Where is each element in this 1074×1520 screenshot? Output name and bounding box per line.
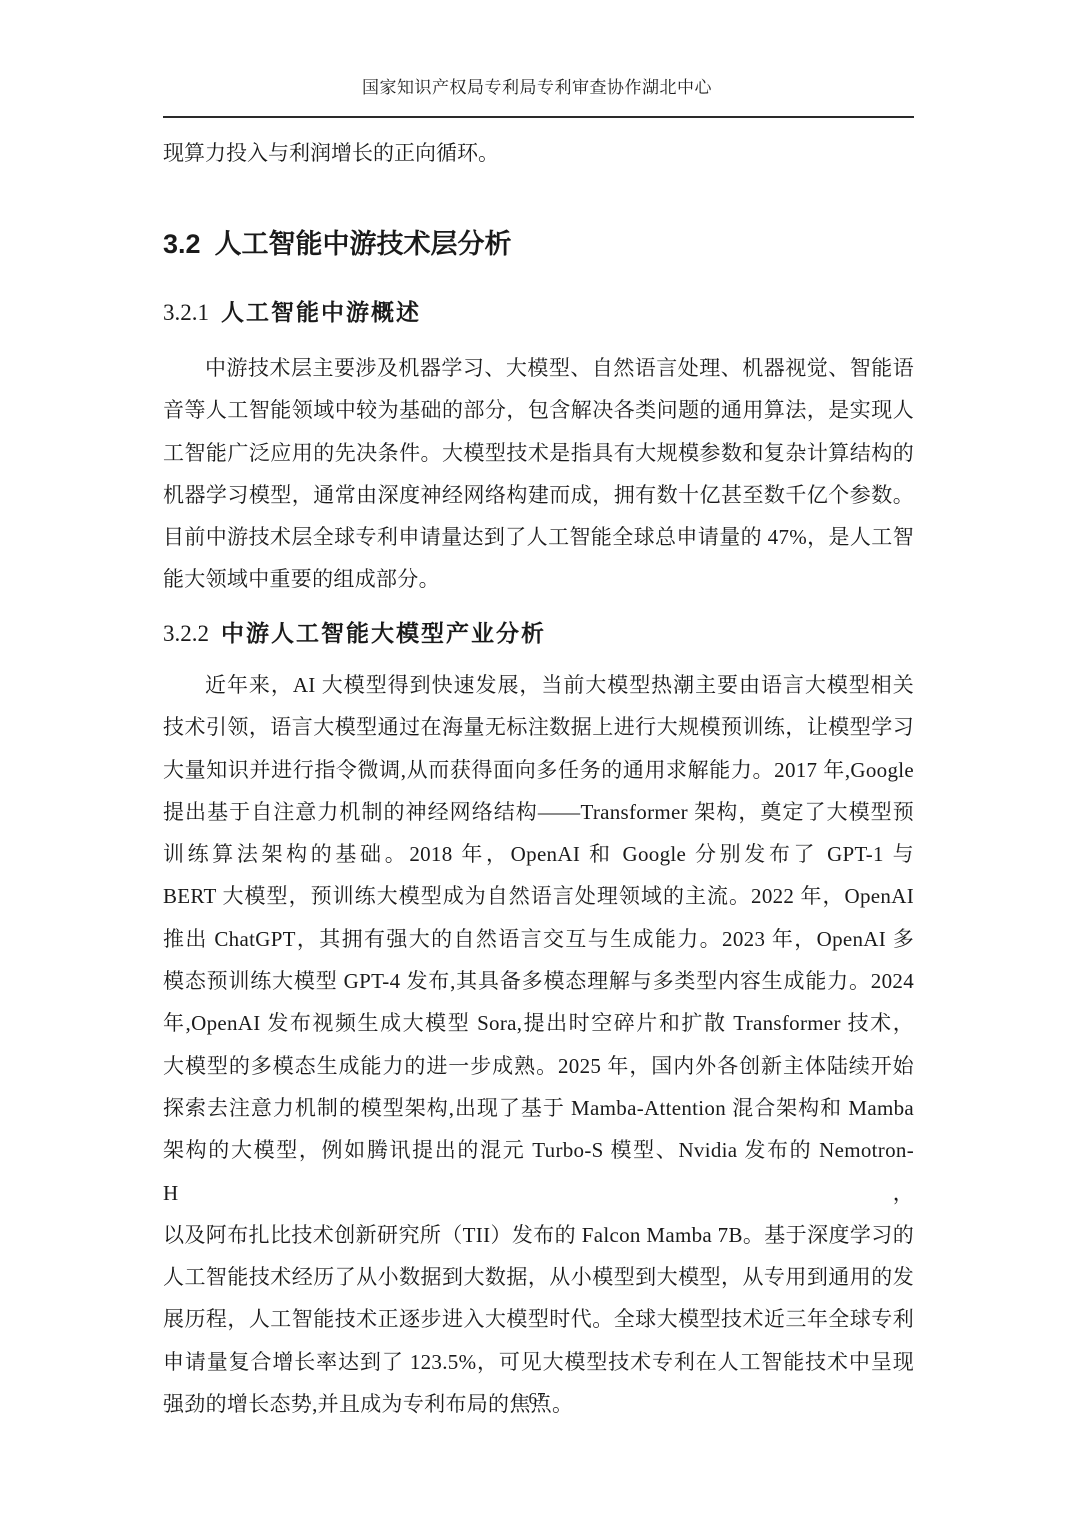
section-number: 3.2 bbox=[163, 229, 201, 259]
paragraph-1: 中游技术层主要涉及机器学习、大模型、自然语言处理、机器视觉、智能语音等人工智能领… bbox=[163, 347, 914, 601]
paragraph-line: 目前中游技术层全球专利申请量达到了人工智能全球总申请量的 47%，是人工智 bbox=[163, 516, 914, 558]
paragraph-line: 训练算法架构的基础。2018 年，OpenAI 和 Google 分别发布了 G… bbox=[163, 833, 914, 875]
paragraph-line: 以及阿布扎比技术创新研究所（TII）发布的 Falcon Mamba 7B。基于… bbox=[163, 1214, 914, 1256]
header-divider bbox=[163, 116, 914, 118]
subsection-2-number: 3.2.2 bbox=[163, 621, 209, 646]
paragraph-line: 架构的大模型，例如腾讯提出的混元 Turbo-S 模型、Nvidia 发布的 N… bbox=[163, 1129, 914, 1214]
paragraph-line: 能大领域中重要的组成部分。 bbox=[163, 558, 914, 600]
paragraph-line: 探索去注意力机制的模型架构,出现了基于 Mamba-Attention 混合架构… bbox=[163, 1087, 914, 1129]
paragraph-line: 音等人工智能领域中较为基础的部分，包含解决各类问题的通用算法，是实现人 bbox=[163, 389, 914, 431]
subsection-1-number: 3.2.1 bbox=[163, 300, 209, 325]
paragraph-2: 近年来，AI 大模型得到快速发展，当前大模型热潮主要由语言大模型相关技术引领，语… bbox=[163, 664, 914, 1425]
subsection-heading-1: 3.2.1人工智能中游概述 bbox=[163, 295, 914, 330]
page-header: 国家知识产权局专利局专利审查协作湖北中心 bbox=[0, 76, 1074, 100]
paragraph-line: 技术引领，语言大模型通过在海量无标注数据上进行大规模预训练，让模型学习 bbox=[163, 706, 914, 748]
paragraph-line: 展历程，人工智能技术正逐步进入大模型时代。全球大模型技术近三年全球专利 bbox=[163, 1298, 914, 1340]
paragraph-line: 提出基于自注意力机制的神经网络结构——Transformer 架构，奠定了大模型… bbox=[163, 791, 914, 833]
paragraph-line: 大量知识并进行指令微调,从而获得面向多任务的通用求解能力。2017 年,Goog… bbox=[163, 749, 914, 791]
continuation-text: 现算力投入与利润增长的正向循环。 bbox=[163, 140, 914, 166]
paragraph-line: 大模型的多模态生成能力的进一步成熟。2025 年，国内外各创新主体陆续开始 bbox=[163, 1045, 914, 1087]
paragraph-line: 近年来，AI 大模型得到快速发展，当前大模型热潮主要由语言大模型相关 bbox=[163, 664, 914, 706]
subsection-1-title: 人工智能中游概述 bbox=[221, 299, 421, 325]
section-title: 人工智能中游技术层分析 bbox=[215, 229, 512, 259]
subsection-2-title: 中游人工智能大模型产业分析 bbox=[221, 620, 546, 646]
paragraph-line: 机器学习模型，通常由深度神经网络构建而成，拥有数十亿甚至数千亿个参数。 bbox=[163, 474, 914, 516]
paragraph-line: BERT 大模型，预训练大模型成为自然语言处理领域的主流。2022 年，Open… bbox=[163, 875, 914, 917]
page-number: 67 bbox=[0, 1388, 1074, 1410]
paragraph-line: 年,OpenAI 发布视频生成大模型 Sora,提出时空碎片和扩散 Transf… bbox=[163, 1002, 914, 1044]
paragraph-line: 申请量复合增长率达到了 123.5%，可见大模型技术专利在人工智能技术中呈现 bbox=[163, 1341, 914, 1383]
section-heading: 3.2人工智能中游技术层分析 bbox=[163, 227, 914, 261]
paragraph-line: 人工智能技术经历了从小数据到大数据，从小模型到大模型，从专用到通用的发 bbox=[163, 1256, 914, 1298]
paragraph-line: 模态预训练大模型 GPT-4 发布,其具备多模态理解与多类型内容生成能力。202… bbox=[163, 960, 914, 1002]
paragraph-line: 推出 ChatGPT，其拥有强大的自然语言交互与生成能力。2023 年，Open… bbox=[163, 918, 914, 960]
document-page: 国家知识产权局专利局专利审查协作湖北中心 现算力投入与利润增长的正向循环。 3.… bbox=[0, 0, 1074, 1520]
subsection-heading-2: 3.2.2中游人工智能大模型产业分析 bbox=[163, 616, 914, 651]
paragraph-line: 工智能广泛应用的先决条件。大模型技术是指具有大规模参数和复杂计算结构的 bbox=[163, 432, 914, 474]
paragraph-line: 中游技术层主要涉及机器学习、大模型、自然语言处理、机器视觉、智能语 bbox=[163, 347, 914, 389]
